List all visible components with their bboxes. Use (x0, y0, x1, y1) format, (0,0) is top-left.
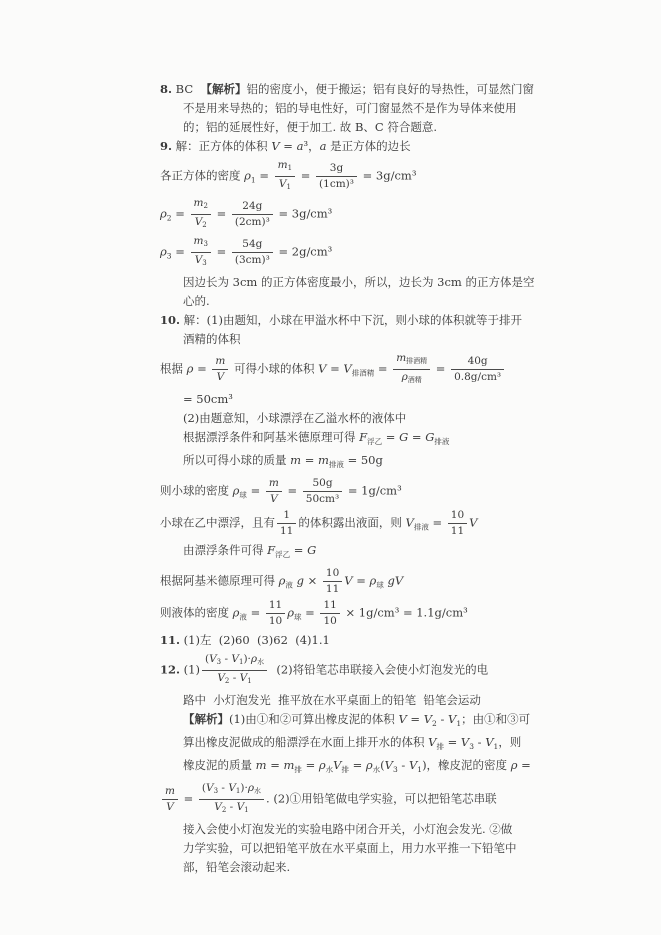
text-run: = (297, 169, 314, 183)
answer-item-11: 11. (1)左 (2)60 (3)62 (4)1.1 (160, 631, 558, 650)
variable: ρ (160, 245, 167, 259)
text-run: 则液体的密度 (160, 606, 233, 620)
text-run: (1) (180, 663, 200, 677)
text-run: (2)由题意知，小球漂浮在乙溢水杯的液体中 (183, 411, 406, 425)
text-run: 部，铅笔会滚动起来. (183, 860, 290, 874)
fraction-denominator: V3 (191, 253, 211, 270)
subscript: 液 (285, 581, 293, 590)
text-run: )，橡皮泥的密度 (422, 758, 511, 772)
variable: ρ (319, 758, 326, 772)
variable: V (217, 672, 225, 684)
variable: V (385, 758, 393, 772)
variable: G (399, 430, 408, 444)
variable: m (396, 352, 406, 364)
fraction-numerator: 10 (323, 567, 342, 582)
variable: m (194, 235, 204, 247)
subscript: 1 (244, 806, 248, 814)
fraction-numerator: m2 (191, 197, 211, 215)
text-run: = (517, 758, 530, 772)
variable: V (461, 735, 469, 749)
answer-line: 所以可得小球的质量 m = m排液 = 50g (183, 451, 558, 474)
fraction-denominator: V (212, 370, 228, 384)
fraction-numerator: m (162, 785, 178, 800)
variable: V (398, 712, 406, 726)
fraction-numerator: 3g (316, 162, 357, 177)
text-run: = (213, 245, 230, 259)
subscript: 水 (257, 658, 264, 666)
fraction: 3g(1cm)³ (316, 162, 357, 191)
bold-text: 12. (160, 663, 180, 677)
text-run: 的；铝的延展性好，便于加工. 故 B、C 符合题意. (183, 120, 437, 134)
fraction-denominator: 11 (448, 524, 467, 538)
fraction-numerator: 50g (303, 477, 342, 492)
subscript: 排酒精 (352, 369, 375, 378)
subscript: 液 (239, 613, 247, 622)
fraction: 24g(2cm)³ (232, 200, 273, 229)
fraction: 1110 (266, 599, 285, 628)
text-run: (1)左 (2)60 (3)62 (4)1.1 (180, 633, 330, 647)
fraction-denominator: V2 - V1 (199, 800, 264, 817)
variable: V (209, 653, 217, 665)
answer-line: (2)由题意知，小球漂浮在乙溢水杯的液体中 (183, 409, 558, 428)
text-run: 10 (326, 567, 339, 579)
text-run: 的体积露出液面，则 (298, 516, 405, 530)
text-run: - (221, 653, 231, 665)
text-run: = (280, 139, 297, 153)
answer-line: 8. BC 【解析】铝的密度小，便于搬运；铝有良好的导热性，可显然门窗 (160, 80, 558, 99)
text-run: = (256, 169, 273, 183)
text-run: 所以可得小球的质量 (183, 453, 290, 467)
text-run: 10 (323, 615, 336, 627)
fraction-denominator: V2 (191, 215, 211, 232)
fraction: m排酒精ρ酒精 (393, 352, 430, 387)
subscript: 排液 (434, 437, 449, 446)
text-run: 橡皮泥的质量 (183, 758, 256, 772)
fraction-numerator: (V3 - V1)·ρ水 (199, 782, 264, 800)
variable: F (359, 430, 367, 444)
variable: V (228, 782, 236, 794)
subscript: 球 (294, 613, 302, 622)
subscript: 排液 (329, 460, 344, 469)
text-run: = 50cm³ (183, 392, 233, 406)
fraction: 54g(3cm)³ (232, 238, 273, 267)
text-run: 11 (280, 525, 293, 537)
text-run: = (302, 606, 319, 620)
variable: V (406, 516, 414, 530)
text-run: 根据 (160, 362, 187, 376)
text-run: = (213, 207, 230, 221)
fraction-denominator: 11 (277, 524, 296, 538)
variable: V (424, 712, 432, 726)
subscript: 浮乙 (275, 550, 290, 559)
text-run: = (349, 758, 366, 772)
variable: F (267, 543, 275, 557)
text-run: 解：正方体的体积 (172, 139, 271, 153)
answer-line: 则液体的密度 ρ液 = 1110ρ球 = 1110 × 1g/cm³ = 1.1… (160, 599, 558, 628)
text-run: = (180, 792, 197, 806)
fraction-denominator: 0.8g/cm³ (451, 370, 504, 384)
subscript: 排 (341, 765, 349, 774)
fraction: 40g0.8g/cm³ (451, 355, 504, 384)
variable: m (278, 159, 288, 171)
subscript: 3 (202, 259, 206, 267)
fraction-numerator: m3 (191, 235, 211, 253)
subscript: 1 (247, 677, 251, 685)
answer-content: 8. BC 【解析】铝的密度小，便于搬运；铝有良好的导热性，可显然门窗不是用来导… (160, 80, 558, 877)
fraction-denominator: 10 (320, 614, 339, 628)
fraction: (V3 - V1)·ρ水V2 - V1 (202, 653, 267, 688)
variable: m (290, 453, 301, 467)
fraction: mV (212, 355, 228, 384)
answer-line: 11. (1)左 (2)60 (3)62 (4)1.1 (160, 631, 558, 650)
fraction-denominator: V2 - V1 (202, 671, 267, 688)
answer-line: 的；铝的延展性好，便于加工. 故 B、C 符合题意. (183, 118, 558, 137)
text-run: 酒精的体积 (183, 332, 241, 346)
text-run: = (407, 712, 424, 726)
text-run: (1)由①和②可算出橡皮泥的体积 (229, 712, 398, 726)
subscript: 球 (376, 581, 384, 590)
subscript: 1 (286, 183, 290, 191)
answer-item-12: 12. (1)(V3 - V1)·ρ水V2 - V1 (2)将铅笔芯串联接入会使… (160, 653, 558, 877)
answer-line: 则小球的密度 ρ球 = mV = 50g50cm³ = 1g/cm³ (160, 477, 558, 506)
variable: gV (384, 574, 403, 588)
text-run: = (429, 516, 446, 530)
fraction: 50g50cm³ (303, 477, 342, 506)
variable: m (165, 785, 175, 797)
fraction: m1V1 (275, 159, 295, 194)
text-run: 11 (326, 583, 339, 595)
text-run: × (304, 574, 321, 588)
fraction-numerator: 11 (266, 599, 285, 614)
text-run: )· (240, 782, 247, 794)
page-background: { "page": { "background": "#fbfbfa", "te… (0, 0, 661, 935)
answer-line: 算出橡皮泥做成的船漂浮在水面上排开水的体积 V排 = V3 - V1，则 (183, 733, 558, 756)
answer-line: 接入会使小灯泡发光的实验电路中闭合开关，小灯泡会发光. ②做 (183, 820, 558, 839)
fraction-numerator: 10 (448, 509, 467, 524)
subscript: 3 (203, 240, 207, 248)
answer-line: 部，铅笔会滚动起来. (183, 858, 558, 877)
answer-line: 根据 ρ = mV 可得小球的体积 V = V排酒精 = m排酒精ρ酒精 = 4… (160, 352, 558, 387)
text-run: - (218, 782, 228, 794)
text-run: = 50g (344, 453, 383, 467)
subscript: 排 (436, 742, 444, 751)
text-run: 各正方体的密度 (160, 169, 244, 183)
variable: V (270, 493, 278, 505)
fraction-denominator: V (266, 492, 282, 506)
text-run: (2)将铅笔芯串联接入会使小灯泡发光的电 (269, 663, 488, 677)
text-run: 54g (242, 238, 262, 250)
fraction: 1011 (323, 567, 342, 596)
subscript: 2 (203, 202, 207, 210)
text-run: 算出橡皮泥做成的船漂浮在水面上排开水的体积 (183, 735, 428, 749)
subscript: 酒精 (408, 376, 422, 384)
text-run: 则小球的密度 (160, 484, 233, 498)
text-run: = (284, 484, 301, 498)
answer-item-8: 8. BC 【解析】铝的密度小，便于搬运；铝有良好的导热性，可显然门窗不是用来导… (160, 80, 558, 137)
answer-line: ρ2 = m2V2 = 24g(2cm)³ = 3g/cm³ (160, 197, 558, 232)
text-run: = (172, 207, 189, 221)
text-run: = (302, 758, 319, 772)
text-run: = (247, 606, 264, 620)
fraction: mV (162, 785, 178, 814)
answer-line: 因边长为 3cm 的正方体密度最小，所以，边长为 3cm 的正方体是空 (183, 273, 558, 292)
variable: m (318, 453, 329, 467)
subscript: 1 (288, 164, 292, 172)
text-run: = 2g/cm³ (275, 245, 332, 259)
bold-text: 【解析】 (183, 712, 229, 726)
fraction-numerator: (V3 - V1)·ρ水 (202, 653, 267, 671)
fraction-numerator: m排酒精 (393, 352, 430, 370)
text-run: 由漂浮条件可得 (183, 543, 267, 557)
fraction-denominator: 11 (323, 582, 342, 596)
answer-line: 各正方体的密度 ρ1 = m1V1 = 3g(1cm)³ = 3g/cm³ (160, 159, 558, 194)
fraction: m2V2 (191, 197, 211, 232)
fraction-numerator: 11 (320, 599, 339, 614)
subscript: 水 (254, 787, 261, 795)
text-run: = (382, 430, 399, 444)
variable: G (307, 543, 316, 557)
subscript: 排 (294, 765, 302, 774)
text-run: = (444, 735, 461, 749)
variable: V (166, 801, 174, 813)
bold-text: 8. (160, 82, 172, 96)
text-run: = (267, 758, 284, 772)
answer-line: 力学实验，可以把铅笔平放在水平桌面上，用力水平推一下铅笔中 (183, 839, 558, 858)
text-run: = (290, 543, 307, 557)
text-run: 心的. (183, 294, 210, 308)
answer-line: 【解析】(1)由①和②可算出橡皮泥的体积 V = V2 - V1；由①和③可 (183, 710, 558, 733)
text-run: 可得小球的体积 (230, 362, 318, 376)
fraction-numerator: 24g (232, 200, 273, 215)
text-run: 1 (283, 509, 290, 521)
fraction: 111 (277, 509, 296, 538)
text-run: = 3g/cm³ (275, 207, 332, 221)
fraction-denominator: (2cm)³ (232, 215, 273, 229)
answer-line: 10. 解：(1)由题知，小球在甲溢水杯中下沉，则小球的体积就等于排开 (160, 311, 558, 330)
variable: g (293, 574, 304, 588)
text-run: 接入会使小灯泡发光的实验电路中闭合开关，小灯泡会发光. ②做 (183, 822, 512, 836)
fraction-denominator: ρ酒精 (393, 370, 430, 387)
fraction-denominator: V1 (275, 177, 295, 194)
text-run: 是正方体的边长 (326, 139, 410, 153)
text-run: = (353, 574, 370, 588)
variable: V (214, 801, 222, 813)
fraction-denominator: (3cm)³ (232, 253, 273, 267)
subscript: 2 (202, 221, 206, 229)
text-run: = (326, 362, 343, 376)
fraction: (V3 - V1)·ρ水V2 - V1 (199, 782, 264, 817)
variable: m (215, 355, 225, 367)
answer-item-10: 10. 解：(1)由题知，小球在甲溢水杯中下沉，则小球的体积就等于排开酒精的体积… (160, 311, 558, 628)
fraction: 1011 (448, 509, 467, 538)
text-run: = (193, 362, 210, 376)
text-run: 小球在乙中漂浮，且有 (160, 516, 275, 530)
answer-line: 根据阿基米德原理可得 ρ液 g × 1011V = ρ球 gV (160, 567, 558, 596)
text-run: (3cm)³ (235, 254, 270, 266)
fraction-denominator: 10 (266, 614, 285, 628)
variable: V (217, 371, 225, 383)
text-run: = (432, 362, 449, 376)
text-run: 10 (451, 509, 464, 521)
text-run: - (474, 735, 485, 749)
fraction-numerator: 54g (232, 238, 273, 253)
text-run: = (408, 430, 425, 444)
text-run: ³， (303, 139, 319, 153)
text-run: 11 (269, 599, 282, 611)
text-run: 铝的密度小，便于搬运；铝有良好的导热性，可显然门窗 (246, 82, 534, 96)
answer-line: 12. (1)(V3 - V1)·ρ水V2 - V1 (2)将铅笔芯串联接入会使… (160, 653, 558, 688)
text-run: 解：(1)由题知，小球在甲溢水杯中下沉，则小球的体积就等于排开 (180, 313, 522, 327)
fraction-numerator: m1 (275, 159, 295, 177)
text-run: = (301, 453, 318, 467)
bold-text: 11. (160, 633, 180, 647)
subscript: 排液 (414, 523, 429, 532)
answer-line: 路中 小灯泡发光 推平放在水平桌面上的铅笔 铅笔会运动 (183, 691, 558, 710)
variable: ρ (366, 758, 373, 772)
fraction: 1110 (320, 599, 339, 628)
text-run: = 1g/cm³ (344, 484, 401, 498)
variable: V (469, 516, 477, 530)
text-run: 根据阿基米德原理可得 (160, 574, 279, 588)
text-run: - (398, 758, 409, 772)
text-run: - (437, 712, 448, 726)
text-run: 40g (468, 355, 488, 367)
answer-line: 橡皮泥的质量 m = m排 = ρ水V排 = ρ水(V3 - V1)，橡皮泥的密… (183, 756, 558, 779)
text-run: (1cm)³ (319, 178, 354, 190)
fraction-numerator: 1 (277, 509, 296, 524)
answer-line: = 50cm³ (183, 390, 558, 409)
variable: V (343, 362, 351, 376)
variable: V (231, 653, 239, 665)
text-run: 11 (323, 599, 336, 611)
subscript: 浮乙 (367, 437, 382, 446)
text-run: 根据漂浮条件和阿基米德原理可得 (183, 430, 359, 444)
fraction-numerator: m (212, 355, 228, 370)
text-run: = (247, 484, 264, 498)
variable: V (485, 735, 493, 749)
text-run: (2cm)³ (235, 216, 270, 228)
text-run: = 3g/cm³ (359, 169, 416, 183)
text-run: 因边长为 3cm 的正方体密度最小，所以，边长为 3cm 的正方体是空 (183, 275, 534, 289)
text-run: 力学实验，可以把铅笔平放在水平桌面上，用力水平推一下铅笔中 (183, 841, 517, 855)
variable: m (269, 477, 279, 489)
answer-line: ρ3 = m3V3 = 54g(3cm)³ = 2g/cm³ (160, 235, 558, 270)
text-run: 0.8g/cm³ (454, 371, 501, 383)
variable: V (271, 139, 279, 153)
fraction-denominator: (1cm)³ (316, 177, 357, 191)
answer-line: 酒精的体积 (183, 330, 558, 349)
fraction-denominator: V (162, 800, 178, 814)
text-run: 不是用来导热的；铝的导电性好，可门窗显然不是作为导体来使用 (183, 101, 517, 115)
variable: V (206, 782, 214, 794)
answer-line: 9. 解：正方体的体积 V = a³，a 是正方体的边长 (160, 137, 558, 156)
answer-line: mV = (V3 - V1)·ρ水V2 - V1. (2)①用铅笔做电学实验，可… (160, 782, 558, 817)
answer-line: 小球在乙中漂浮，且有111的体积露出液面，则 V排液 = 1011V (160, 509, 558, 538)
bold-text: 【解析】 (200, 82, 246, 96)
answer-line: 心的. (183, 292, 558, 311)
fraction-denominator: 50cm³ (303, 492, 342, 506)
text-run: 11 (451, 525, 464, 537)
variable: ρ (160, 207, 167, 221)
answer-item-9: 9. 解：正方体的体积 V = a³，a 是正方体的边长各正方体的密度 ρ1 =… (160, 137, 558, 311)
bold-text: 9. (160, 139, 172, 153)
text-run: 24g (242, 200, 262, 212)
answer-line: 由漂浮条件可得 F浮乙 = G (183, 541, 558, 564)
text-run: 50g (312, 477, 332, 489)
text-run: - (229, 672, 239, 684)
subscript: 球 (239, 491, 247, 500)
text-run: - (226, 801, 236, 813)
subscript: 排酒精 (406, 357, 427, 365)
text-run: )· (243, 653, 250, 665)
text-run: ；由①和③可 (461, 712, 530, 726)
text-run: × 1g/cm³ = 1.1g/cm³ (342, 606, 468, 620)
variable: m (256, 758, 267, 772)
scanned-answer-page: 8. BC 【解析】铝的密度小，便于搬运；铝有良好的导热性，可显然门窗不是用来导… (0, 0, 661, 935)
answer-line: 不是用来导热的；铝的导电性好，可门窗显然不是作为导体来使用 (183, 99, 558, 118)
bold-text: 10. (160, 313, 180, 327)
text-run: 3g (330, 162, 343, 174)
text-run: = (172, 245, 189, 259)
text-run: ，则 (498, 735, 521, 749)
text-run: 路中 小灯泡发光 推平放在水平桌面上的铅笔 铅笔会运动 (183, 693, 481, 707)
text-run: = (374, 362, 391, 376)
fraction: mV (266, 477, 282, 506)
text-run: BC (172, 82, 200, 96)
fraction-numerator: 40g (451, 355, 504, 370)
text-run: 50cm³ (306, 493, 339, 505)
answer-line: 根据漂浮条件和阿基米德原理可得 F浮乙 = G = G排液 (183, 428, 558, 451)
variable: ρ (244, 169, 251, 183)
text-run: . (2)①用铅笔做电学实验，可以把铅笔芯串联 (266, 792, 497, 806)
variable: m (284, 758, 295, 772)
fraction: m3V3 (191, 235, 211, 270)
text-run: 10 (269, 615, 282, 627)
fraction-numerator: m (266, 477, 282, 492)
variable: m (194, 197, 204, 209)
variable: ρ (287, 606, 294, 620)
variable: V (344, 574, 352, 588)
